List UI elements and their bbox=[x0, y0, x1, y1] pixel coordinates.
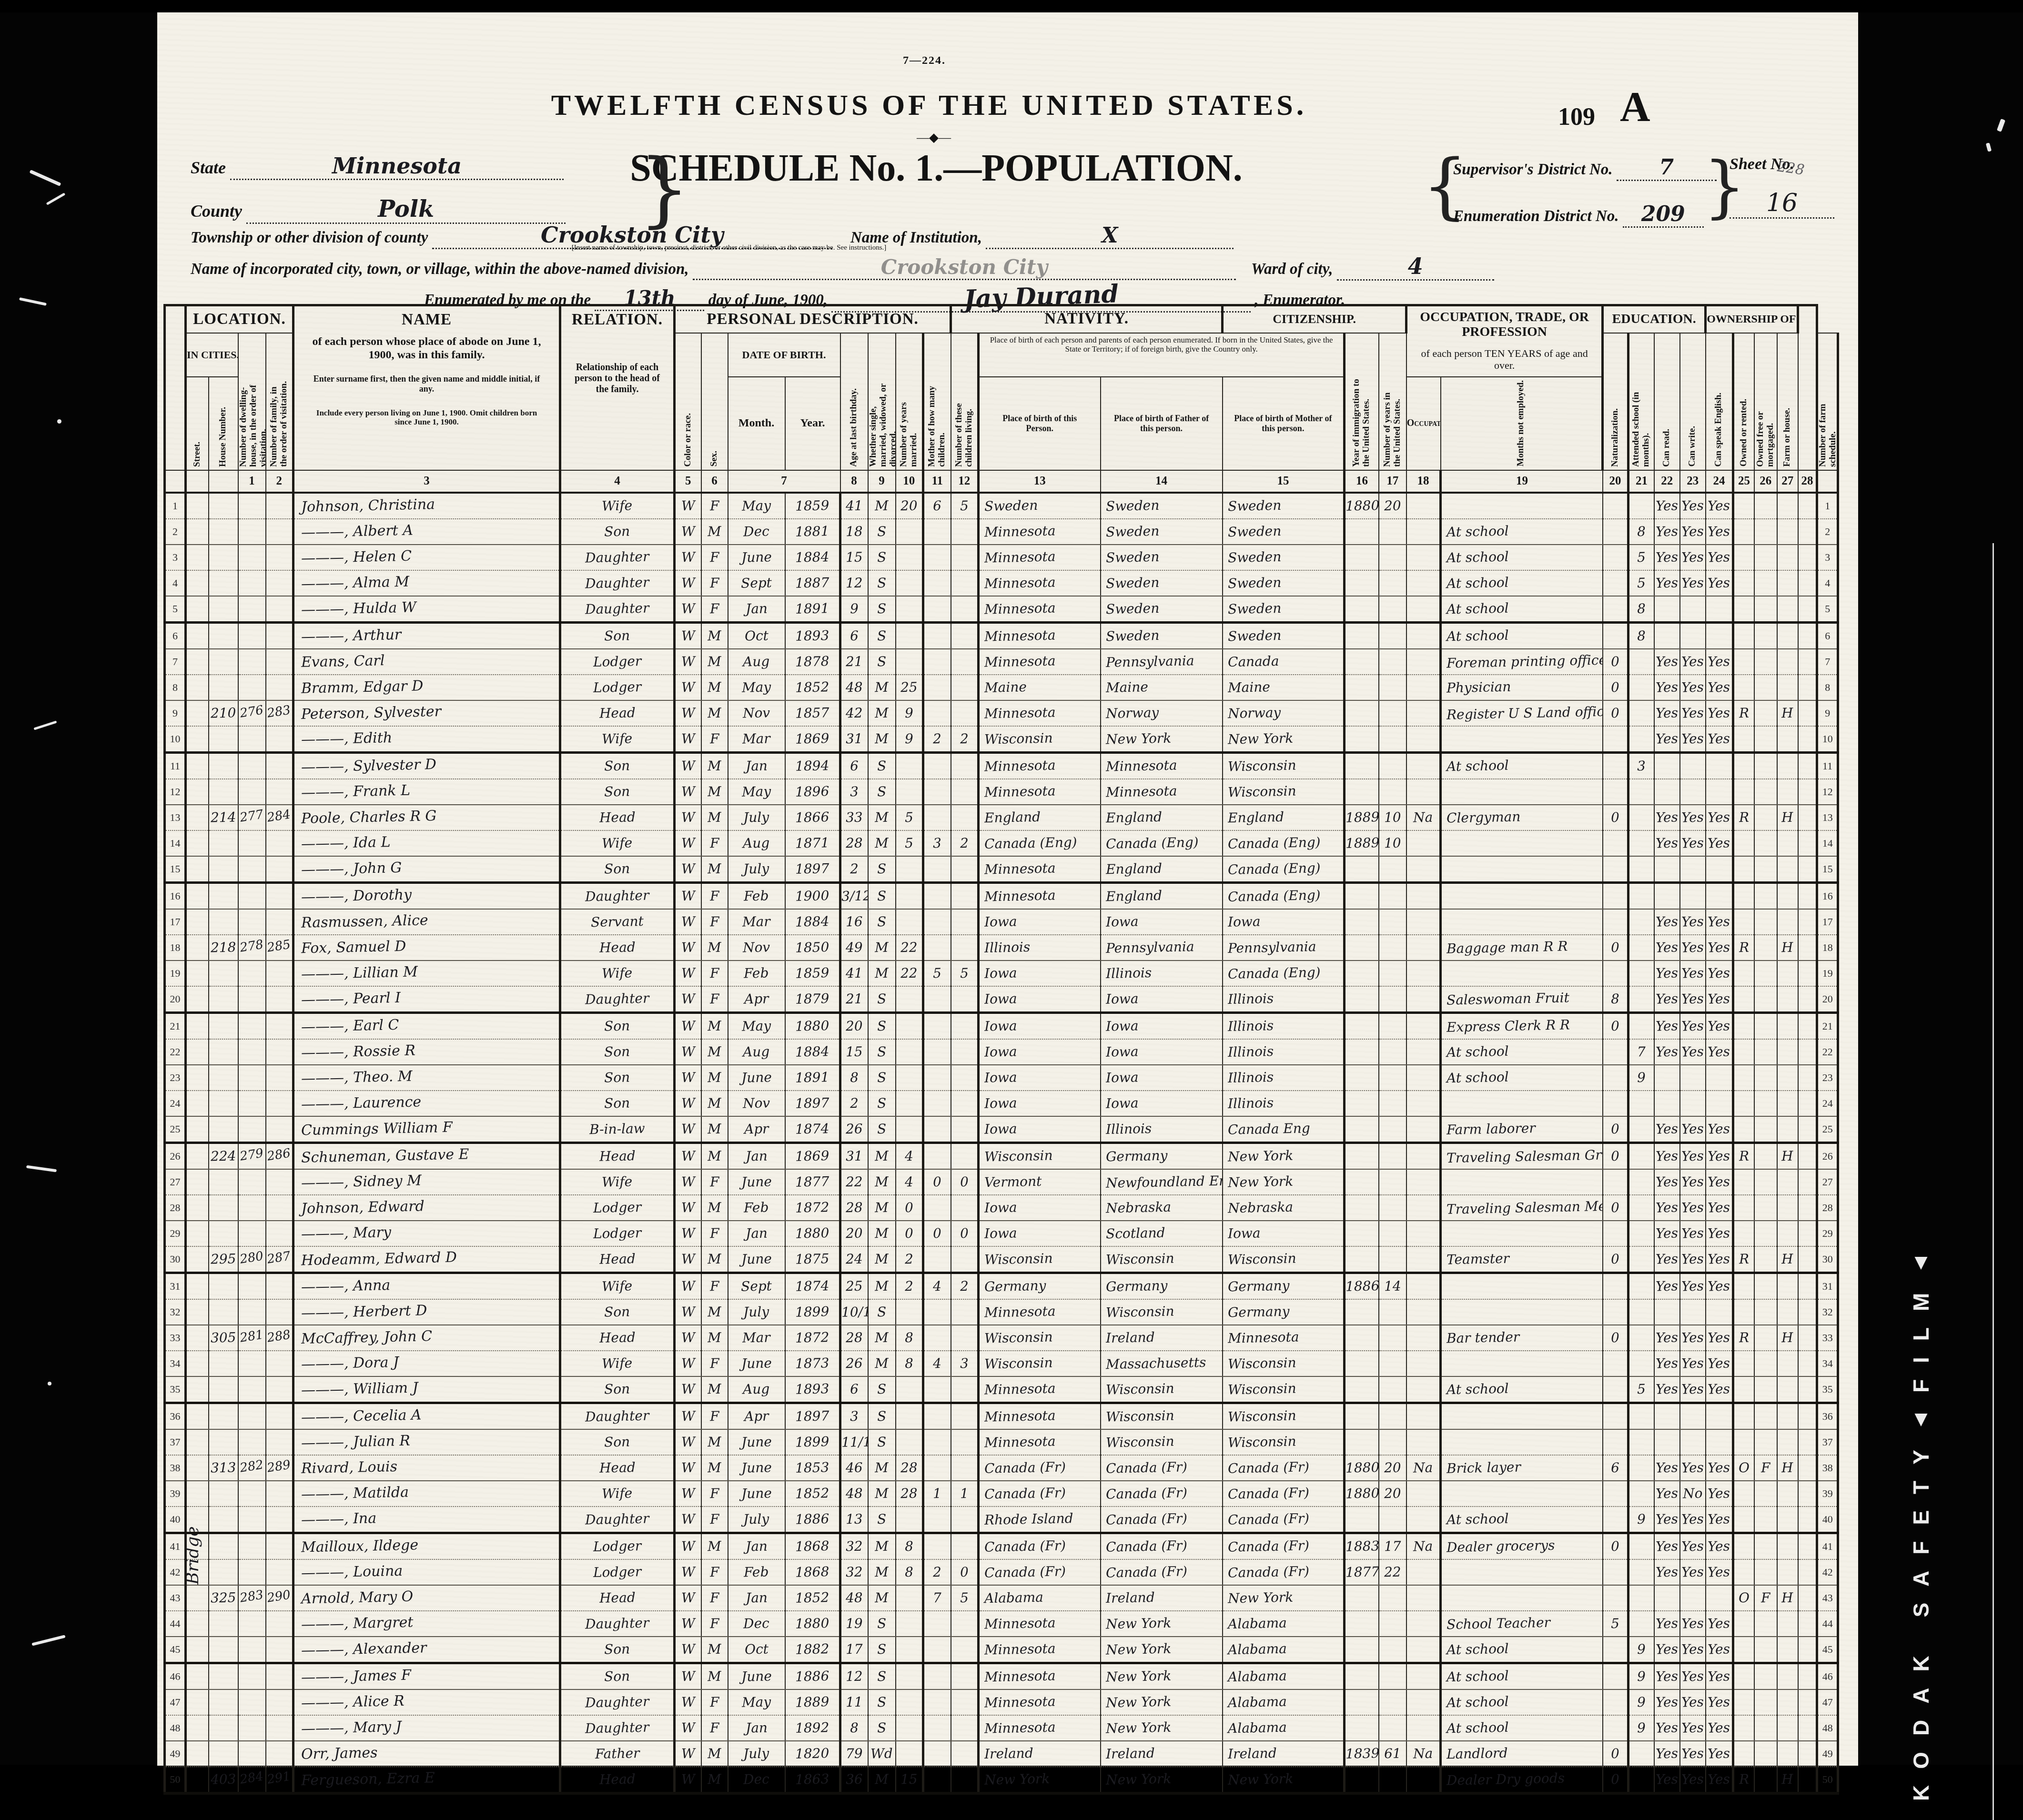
value-pb: Minnesota bbox=[984, 704, 1056, 721]
value-pbf: Canada (Fr) bbox=[1105, 1459, 1187, 1476]
cell-ym bbox=[896, 1376, 923, 1403]
cell-pbf: Canada (Fr) bbox=[1101, 1533, 1223, 1559]
cell-by: 1859 bbox=[785, 493, 840, 519]
cell-cl bbox=[951, 1091, 979, 1116]
value-bm: June bbox=[741, 549, 772, 565]
value-name: ———, Theo. M bbox=[301, 1068, 413, 1087]
cell-ofm bbox=[1754, 935, 1777, 961]
line-number-left: 17 bbox=[165, 909, 186, 935]
value-mne: 0 bbox=[1611, 1746, 1620, 1761]
state-label: State bbox=[191, 158, 226, 177]
cell-en: Yes bbox=[1706, 986, 1733, 1013]
value-pbf: England bbox=[1105, 888, 1162, 904]
value-pbm: Canada bbox=[1227, 653, 1279, 670]
cell-pb: Alabama bbox=[979, 1585, 1101, 1611]
cell-sch bbox=[1629, 1246, 1654, 1273]
cell-na bbox=[1406, 986, 1441, 1013]
value-color: W bbox=[681, 1018, 695, 1034]
cell-mne bbox=[1603, 1351, 1629, 1376]
value-mar: S bbox=[877, 991, 887, 1007]
value-rd: Yes bbox=[1656, 1616, 1679, 1632]
value-en: Yes bbox=[1708, 965, 1730, 981]
cell-ym bbox=[896, 519, 923, 545]
cell-pbf: Norway bbox=[1101, 700, 1223, 726]
value-pbm: Illinois bbox=[1227, 1043, 1274, 1060]
line-number-left: 14 bbox=[165, 830, 186, 856]
cell-mne bbox=[1603, 596, 1629, 623]
cell-by: 1873 bbox=[785, 1351, 840, 1376]
value-by: 1874 bbox=[795, 1278, 829, 1294]
cell-bm: Oct bbox=[728, 1637, 785, 1663]
cell-occ: At school bbox=[1441, 1039, 1603, 1065]
cell-fam: 286 bbox=[266, 1143, 293, 1169]
person-row: 24———, LaurenceSonWMNov18972SIowaIowaIll… bbox=[165, 1091, 1838, 1116]
value-name: ———, Frank L bbox=[301, 782, 411, 801]
cell-fs bbox=[1798, 909, 1817, 935]
value-sex: M bbox=[708, 1746, 721, 1762]
value-pbm: Alabama bbox=[1227, 1668, 1286, 1685]
cell-dw bbox=[238, 1689, 266, 1715]
value-sch: 5 bbox=[1637, 549, 1646, 565]
value-en: Yes bbox=[1708, 1225, 1730, 1242]
value-rel: Father bbox=[595, 1745, 639, 1762]
cell-pbm: Alabama bbox=[1223, 1663, 1345, 1689]
cell-color: W bbox=[675, 1767, 701, 1793]
cell-wr: Yes bbox=[1680, 1221, 1706, 1246]
cell-mar: S bbox=[868, 622, 896, 649]
value-mar: Wd bbox=[870, 1746, 893, 1762]
value-by: 1872 bbox=[795, 1199, 829, 1215]
cell-wr bbox=[1680, 856, 1706, 883]
value-mar: M bbox=[875, 1225, 889, 1242]
cell-mne bbox=[1603, 1663, 1629, 1689]
cell-house bbox=[209, 545, 238, 570]
cell-rd bbox=[1654, 752, 1680, 779]
value-rd: Yes bbox=[1656, 1668, 1679, 1685]
cell-fam bbox=[266, 1065, 293, 1091]
cell-color: W bbox=[675, 1065, 701, 1091]
value-mc: 2 bbox=[933, 731, 942, 747]
cell-age: 32 bbox=[840, 1533, 868, 1559]
cell-fh bbox=[1777, 1169, 1798, 1195]
value-im: 1839 bbox=[1345, 1745, 1379, 1761]
cell-mar: S bbox=[868, 1403, 896, 1429]
cell-pbm: Wisconsin bbox=[1223, 1429, 1345, 1455]
cell-im: 1839 bbox=[1345, 1741, 1379, 1767]
cell-yu bbox=[1379, 856, 1406, 883]
value-color: W bbox=[681, 1720, 695, 1736]
cell-na bbox=[1406, 1246, 1441, 1273]
value-by: 1872 bbox=[795, 1329, 829, 1345]
cell-cl bbox=[951, 1376, 979, 1403]
value-sex: M bbox=[708, 654, 721, 670]
cell-wr: Yes bbox=[1680, 649, 1706, 675]
cell-na bbox=[1406, 1091, 1441, 1116]
value-na: Na bbox=[1413, 1538, 1433, 1555]
cell-en: Yes bbox=[1706, 935, 1733, 961]
cell-pbm: Sweden bbox=[1223, 519, 1345, 545]
value-rel: Head bbox=[599, 1589, 635, 1606]
cell-sex: F bbox=[701, 1507, 728, 1533]
cell-mar: M bbox=[868, 1195, 896, 1221]
cell-color: W bbox=[675, 519, 701, 545]
cell-fam bbox=[266, 1039, 293, 1065]
cell-mc bbox=[923, 935, 951, 961]
value-pb: Minnesota bbox=[984, 1640, 1056, 1658]
cell-fs bbox=[1798, 1507, 1817, 1533]
cell-mne bbox=[1603, 1715, 1629, 1741]
cell-pbm: Canada bbox=[1223, 649, 1345, 675]
cell-name: ———, Dorothy bbox=[293, 882, 560, 909]
cell-color: W bbox=[675, 1481, 701, 1507]
cell-sch: 8 bbox=[1629, 596, 1654, 623]
person-row: 26224279286Schuneman, Gustave EHeadWMJan… bbox=[165, 1143, 1838, 1169]
person-row: 45———, AlexanderSonWMOct188217SMinnesota… bbox=[165, 1637, 1838, 1663]
cell-sch bbox=[1629, 1585, 1654, 1611]
cell-fam bbox=[266, 596, 293, 623]
value-pbf: Canada (Fr) bbox=[1105, 1563, 1187, 1581]
cell-fh bbox=[1777, 1533, 1798, 1559]
cell-fh: H bbox=[1777, 700, 1798, 726]
county-underline: Polk bbox=[246, 196, 566, 224]
cell-dw: 284 bbox=[238, 1767, 266, 1793]
cell-im: 1883 bbox=[1345, 1533, 1379, 1559]
value-house: 305 bbox=[210, 1329, 236, 1345]
line-number-right: 24 bbox=[1817, 1091, 1838, 1116]
cell-bm: May bbox=[728, 779, 785, 805]
value-en: Yes bbox=[1708, 1460, 1730, 1476]
cell-occ bbox=[1441, 1169, 1603, 1195]
cell-rd: Yes bbox=[1654, 1195, 1680, 1221]
person-row: 43325283290Arnold, Mary OHeadWFJan185248… bbox=[165, 1585, 1838, 1611]
cell-ym bbox=[896, 596, 923, 623]
value-name: ———, Mary bbox=[301, 1224, 392, 1243]
line-number-right: 38 bbox=[1817, 1455, 1838, 1481]
cell-pb: Minnesota bbox=[979, 519, 1101, 545]
value-by: 1889 bbox=[795, 1694, 829, 1710]
cell-by: 1852 bbox=[785, 675, 840, 700]
value-age: 6 bbox=[850, 758, 859, 774]
cell-bm: Jan bbox=[728, 752, 785, 779]
cell-by: 1896 bbox=[785, 779, 840, 805]
cell-ofm bbox=[1754, 1012, 1777, 1039]
value-bm: Mar bbox=[742, 913, 770, 930]
cell-ym: 0 bbox=[896, 1221, 923, 1246]
value-sex: M bbox=[708, 1434, 721, 1450]
cell-fam bbox=[266, 1559, 293, 1585]
cell-wr bbox=[1680, 1403, 1706, 1429]
cell-fs bbox=[1798, 752, 1817, 779]
value-sch: 9 bbox=[1637, 1720, 1646, 1736]
cell-mne bbox=[1603, 1585, 1629, 1611]
cell-sex: M bbox=[701, 1663, 728, 1689]
film-border-left bbox=[0, 0, 157, 1820]
cell-im bbox=[1345, 986, 1379, 1013]
cell-pb: Iowa bbox=[979, 1091, 1101, 1116]
cell-sch bbox=[1629, 882, 1654, 909]
cell-bm: Aug bbox=[728, 1039, 785, 1065]
cell-own: O bbox=[1733, 1455, 1754, 1481]
value-rd: Yes bbox=[1656, 1044, 1679, 1060]
value-en: Yes bbox=[1708, 1278, 1730, 1294]
value-color: W bbox=[681, 940, 695, 956]
cell-name: ———, Theo. M bbox=[293, 1065, 560, 1091]
value-cl: 2 bbox=[960, 731, 969, 747]
cell-sch: 5 bbox=[1629, 1376, 1654, 1403]
cell-age: 16 bbox=[840, 909, 868, 935]
line-number-left: 7 bbox=[165, 649, 186, 675]
cell-pbm: New York bbox=[1223, 1585, 1345, 1611]
cell-wr: Yes bbox=[1680, 1559, 1706, 1585]
cell-na bbox=[1406, 675, 1441, 700]
census-scan-page: KODAK SAFETY▲FILM▲ 7—224. TWELFTH CENSUS… bbox=[0, 0, 2023, 1820]
value-occ: School Teacher bbox=[1446, 1615, 1551, 1633]
cell-rel: Son bbox=[560, 1091, 675, 1116]
cell-pb: Iowa bbox=[979, 961, 1101, 986]
value-name: ———, John G bbox=[301, 859, 402, 878]
cell-occ: At school bbox=[1441, 1376, 1603, 1403]
value-pb: Illinois bbox=[984, 939, 1031, 956]
value-rel: Head bbox=[599, 1251, 635, 1267]
cell-color: W bbox=[675, 1351, 701, 1376]
cell-mar: S bbox=[868, 1012, 896, 1039]
cell-fam: 289 bbox=[266, 1455, 293, 1481]
cell-street bbox=[186, 1689, 209, 1715]
cell-wr: Yes bbox=[1680, 1507, 1706, 1533]
cell-color: W bbox=[675, 1403, 701, 1429]
value-by: 1875 bbox=[795, 1251, 829, 1267]
cell-fs bbox=[1798, 1559, 1817, 1585]
cell-street bbox=[186, 675, 209, 700]
cell-own bbox=[1733, 1091, 1754, 1116]
cell-mar: S bbox=[868, 1091, 896, 1116]
cell-wr: No bbox=[1680, 1481, 1706, 1507]
value-wr: Yes bbox=[1681, 1018, 1704, 1034]
cell-color: W bbox=[675, 805, 701, 830]
cell-ofm bbox=[1754, 1403, 1777, 1429]
cell-street bbox=[186, 1246, 209, 1273]
cell-mar: S bbox=[868, 1715, 896, 1741]
cell-street bbox=[186, 700, 209, 726]
cell-age: 49 bbox=[840, 935, 868, 961]
cell-pbf: Wisconsin bbox=[1101, 1429, 1223, 1455]
cell-own bbox=[1733, 1403, 1754, 1429]
cell-en: Yes bbox=[1706, 1663, 1733, 1689]
cell-pb: Maine bbox=[979, 675, 1101, 700]
col13-header: Place of birth of this Person. bbox=[979, 377, 1101, 470]
value-dw: 279 bbox=[239, 1146, 264, 1163]
col19-header: Occupation. bbox=[1406, 377, 1441, 470]
cell-color: W bbox=[675, 1376, 701, 1403]
cell-fs bbox=[1798, 570, 1817, 596]
cell-mc bbox=[923, 1611, 951, 1637]
cell-na bbox=[1406, 752, 1441, 779]
value-name: ———, Albert A bbox=[301, 522, 414, 541]
value-bm: Jan bbox=[745, 1148, 768, 1164]
table-body: 1Johnson, ChristinaWifeWFMay185941M2065S… bbox=[165, 493, 1838, 1793]
person-row: 17Rasmussen, AliceServantWFMar188416SIow… bbox=[165, 909, 1838, 935]
cell-house bbox=[209, 1559, 238, 1585]
cell-pbm: Illinois bbox=[1223, 1012, 1345, 1039]
cell-own: R bbox=[1733, 805, 1754, 830]
value-pbf: Iowa bbox=[1105, 991, 1138, 1007]
cell-fs bbox=[1798, 1299, 1817, 1325]
institution-value: X bbox=[1102, 223, 1118, 248]
value-age: 31 bbox=[846, 1148, 863, 1164]
value-pbm: Canada (Eng) bbox=[1227, 860, 1320, 878]
value-rel: Wife bbox=[602, 730, 633, 747]
line-number-left: 25 bbox=[165, 1116, 186, 1143]
value-pbm: Minnesota bbox=[1227, 1329, 1299, 1346]
cell-age: 6 bbox=[840, 752, 868, 779]
cell-fam bbox=[266, 1299, 293, 1325]
cell-name: ———, Earl C bbox=[293, 1012, 560, 1039]
person-row: 21———, Earl CSonWMMay188020SIowaIowaIlli… bbox=[165, 1012, 1838, 1039]
cell-mc bbox=[923, 752, 951, 779]
cell-na: Na bbox=[1406, 1533, 1441, 1559]
line-number-right: 17 bbox=[1817, 909, 1838, 935]
cell-ofm bbox=[1754, 1663, 1777, 1689]
column-number-25: 25 bbox=[1733, 470, 1754, 493]
cell-fs bbox=[1798, 1403, 1817, 1429]
value-age: 3 bbox=[850, 784, 859, 799]
person-row: 32———, Herbert DSonWMJuly189910/12SMinne… bbox=[165, 1299, 1838, 1325]
value-by: 1893 bbox=[795, 627, 829, 644]
cell-street bbox=[186, 1585, 209, 1611]
cell-na bbox=[1406, 830, 1441, 856]
value-wr: Yes bbox=[1681, 940, 1704, 956]
cell-rd bbox=[1654, 1429, 1680, 1455]
value-pb: Minnesota bbox=[984, 1719, 1056, 1736]
cell-na bbox=[1406, 1403, 1441, 1429]
value-dw: 283 bbox=[239, 1587, 264, 1605]
cell-yu bbox=[1379, 1403, 1406, 1429]
cell-im bbox=[1345, 519, 1379, 545]
value-pb: Minnesota bbox=[984, 653, 1056, 670]
cell-rd: Yes bbox=[1654, 545, 1680, 570]
cell-fam bbox=[266, 493, 293, 519]
cell-sex: F bbox=[701, 909, 728, 935]
cell-own bbox=[1733, 1116, 1754, 1143]
person-row: 41Mailloux, IldegeLodgerWMJan186832M8Can… bbox=[165, 1533, 1838, 1559]
enumeration-underline: 209 bbox=[1623, 202, 1704, 228]
value-by: 1891 bbox=[795, 600, 829, 617]
value-rel: Daughter bbox=[585, 1719, 649, 1737]
cell-street bbox=[186, 545, 209, 570]
value-ym: 8 bbox=[904, 1355, 913, 1371]
value-wr: Yes bbox=[1681, 654, 1704, 670]
cell-ofm bbox=[1754, 1299, 1777, 1325]
person-row: 29———, MaryLodgerWFJan188020M000IowaScot… bbox=[165, 1221, 1838, 1246]
value-occ: Foreman printing office bbox=[1446, 652, 1603, 671]
line-number-right: 42 bbox=[1817, 1559, 1838, 1585]
cell-sch bbox=[1629, 1559, 1654, 1585]
cell-age: 25 bbox=[840, 1273, 868, 1299]
value-mne: 0 bbox=[1611, 1330, 1620, 1345]
value-rel: Daughter bbox=[585, 575, 649, 592]
cell-occ bbox=[1441, 1559, 1603, 1585]
value-pbf: Minnesota bbox=[1105, 783, 1177, 800]
value-age: 32 bbox=[846, 1564, 863, 1580]
cell-na bbox=[1406, 649, 1441, 675]
value-pb: Iowa bbox=[984, 991, 1017, 1007]
cell-occ: Farm laborer bbox=[1441, 1116, 1603, 1143]
cell-fs bbox=[1798, 1715, 1817, 1741]
cell-age: 33 bbox=[840, 805, 868, 830]
cell-name: ———, Albert A bbox=[293, 519, 560, 545]
col18-header: Naturalization. bbox=[1603, 333, 1629, 470]
cell-mne bbox=[1603, 1091, 1629, 1116]
cell-ym bbox=[896, 1637, 923, 1663]
cell-rel: Daughter bbox=[560, 1507, 675, 1533]
value-mar: M bbox=[875, 679, 889, 696]
value-color: W bbox=[681, 601, 695, 617]
value-mar: M bbox=[875, 1486, 889, 1502]
value-mc: 6 bbox=[933, 498, 942, 514]
cell-sex: F bbox=[701, 570, 728, 596]
cell-occ: At school bbox=[1441, 519, 1603, 545]
cell-pbf: New York bbox=[1101, 1715, 1223, 1741]
cell-yu bbox=[1379, 961, 1406, 986]
cell-ym bbox=[896, 1116, 923, 1143]
value-bm: June bbox=[741, 1355, 772, 1371]
value-color: W bbox=[681, 1251, 695, 1267]
cell-street bbox=[186, 1325, 209, 1351]
cell-fh bbox=[1777, 1741, 1798, 1767]
value-pbm: Maine bbox=[1227, 679, 1270, 696]
value-wr: Yes bbox=[1681, 498, 1704, 514]
cell-en: Yes bbox=[1706, 545, 1733, 570]
cell-sch: 9 bbox=[1629, 1689, 1654, 1715]
cell-dw bbox=[238, 1273, 266, 1299]
col14-header: Place of birth of Father of this person. bbox=[1101, 377, 1223, 470]
cell-age: 21 bbox=[840, 649, 868, 675]
cell-pbf: Sweden bbox=[1101, 570, 1223, 596]
page-title: TWELFTH CENSUS OF THE UNITED STATES. bbox=[453, 89, 1406, 122]
value-pbm: New York bbox=[1227, 1589, 1293, 1607]
cell-house bbox=[209, 675, 238, 700]
value-mar: M bbox=[875, 1460, 889, 1476]
value-mne: 0 bbox=[1611, 1251, 1620, 1267]
cell-ym bbox=[896, 1663, 923, 1689]
value-mar: S bbox=[877, 1018, 887, 1034]
value-pbf: Sweden bbox=[1105, 600, 1159, 617]
value-bm: June bbox=[741, 1668, 772, 1684]
cell-mne: 0 bbox=[1603, 935, 1629, 961]
cell-by: 1880 bbox=[785, 1221, 840, 1246]
cell-sch bbox=[1629, 805, 1654, 830]
value-wr: Yes bbox=[1681, 1746, 1704, 1762]
cell-rel: Wife bbox=[560, 961, 675, 986]
cell-color: W bbox=[675, 1637, 701, 1663]
value-ofm: F bbox=[1761, 1590, 1770, 1606]
cell-pb: Minnesota bbox=[979, 1637, 1101, 1663]
value-ym: 28 bbox=[900, 1486, 918, 1502]
cell-cl bbox=[951, 1195, 979, 1221]
cell-sex: F bbox=[701, 1611, 728, 1637]
cell-color: W bbox=[675, 986, 701, 1013]
value-by: 1878 bbox=[795, 653, 829, 669]
cell-rd bbox=[1654, 779, 1680, 805]
value-rel: Head bbox=[599, 1148, 635, 1164]
cell-wr: Yes bbox=[1680, 986, 1706, 1013]
line-number-right: 31 bbox=[1817, 1273, 1838, 1299]
line-number-right: 21 bbox=[1817, 1012, 1838, 1039]
cell-rel: Wife bbox=[560, 1481, 675, 1507]
value-rel: Wife bbox=[602, 1278, 633, 1294]
personal-description-group: PERSONAL DESCRIPTION. bbox=[675, 305, 951, 333]
person-row: 14———, Ida LWifeWFAug187128M532Canada (E… bbox=[165, 830, 1838, 856]
